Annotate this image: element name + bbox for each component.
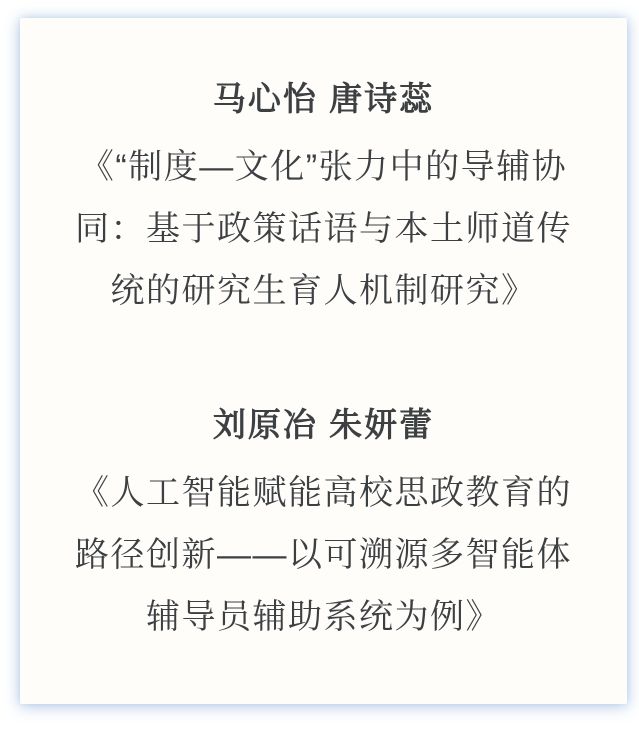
article-title-line: 《“制度—文化”张力中的导辅协 [20,136,627,198]
article-title-line: 统的研究生育人机制研究》 [20,260,627,322]
author-names: 刘原冶 朱妍蕾 [20,393,627,457]
article-title-line: 《人工智能赋能高校思政教育的 [20,462,627,524]
article-title-line: 同：基于政策话语与本土师道传 [20,198,627,260]
article-title-line: 路径创新——以可溯源多智能体 [20,524,627,586]
author-names: 马心怡 唐诗蕊 [20,67,627,131]
article-entry: 刘原冶 朱妍蕾 《人工智能赋能高校思政教育的 路径创新——以可溯源多智能体 辅导… [20,393,627,648]
page-background: { "colors": { "page_bg": "#ffffff", "car… [0,0,639,739]
text-card: 马心怡 唐诗蕊 《“制度—文化”张力中的导辅协 同：基于政策话语与本土师道传 统… [20,18,627,704]
article-title-line: 辅导员辅助系统为例》 [20,586,627,648]
article-entry: 马心怡 唐诗蕊 《“制度—文化”张力中的导辅协 同：基于政策话语与本土师道传 统… [20,67,627,322]
